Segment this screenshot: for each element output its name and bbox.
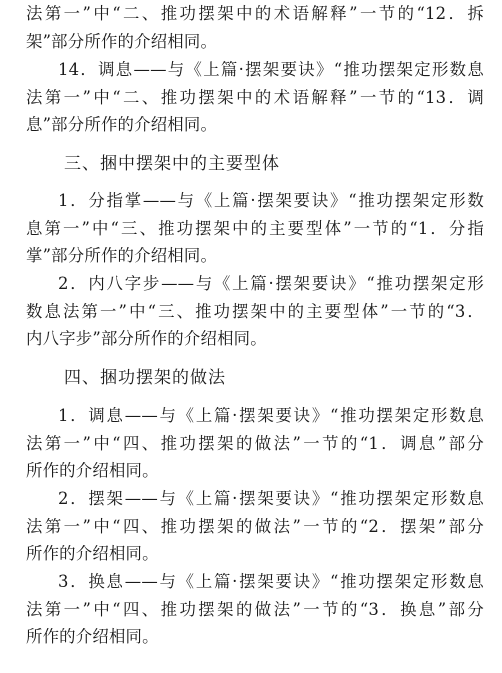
paragraph-line: 1．分指掌——与《上篇·摆架要诀》“推功摆架定形数 — [58, 191, 484, 211]
paragraph-line: 架”部分所作的介绍相同。 — [26, 32, 484, 52]
paragraph-line: 息”部分所作的介绍相同。 — [26, 115, 484, 135]
paragraph-line: 数息法第一”中“三、推功摆架中的主要型体”一节的“3． — [26, 302, 484, 322]
paragraph-line: 2．内八字步——与《上篇·摆架要诀》“推功摆架定形 — [58, 274, 484, 294]
paragraph-line: 所作的介绍相同。 — [26, 544, 484, 564]
paragraph-line: 3．换息——与《上篇·摆架要诀》“推功摆架定形数息 — [58, 572, 484, 592]
paragraph-line: 2．摆架——与《上篇·摆架要诀》“推功摆架定形数息 — [58, 489, 484, 509]
paragraph-line: 法第一”中“四、推功摆架的做法”一节的“2．摆架”部分 — [26, 517, 484, 537]
paragraph-line: 14．调息——与《上篇·摆架要诀》“推功摆架定形数息 — [58, 60, 484, 80]
paragraph-line: 法第一”中“四、推功摆架的做法”一节的“1．调息”部分 — [26, 434, 484, 454]
paragraph-line: 法第一”中“四、推功摆架的做法”一节的“3．换息”部分 — [26, 600, 484, 620]
paragraph-line: 所作的介绍相同。 — [26, 627, 484, 647]
paragraph-line: 所作的介绍相同。 — [26, 461, 484, 481]
section-heading: 四、捆功摆架的做法 — [64, 367, 226, 389]
paragraph-line: 法第一”中“二、推功摆架中的术语解释”一节的“12．拆 — [26, 4, 484, 24]
paragraph-line: 掌”部分所作的介绍相同。 — [26, 246, 484, 266]
section-heading: 三、捆中摆架中的主要型体 — [64, 153, 280, 175]
paragraph-line: 法第一”中“二、推功摆架中的术语解释”一节的“13．调 — [26, 88, 484, 108]
paragraph-line: 1．调息——与《上篇·摆架要诀》“推功摆架定形数息 — [58, 406, 484, 426]
paragraph-line: 内八字步”部分所作的介绍相同。 — [26, 329, 484, 349]
paragraph-line: 息第一”中“三、推功摆架中的主要型体”一节的“1．分指 — [26, 219, 484, 239]
